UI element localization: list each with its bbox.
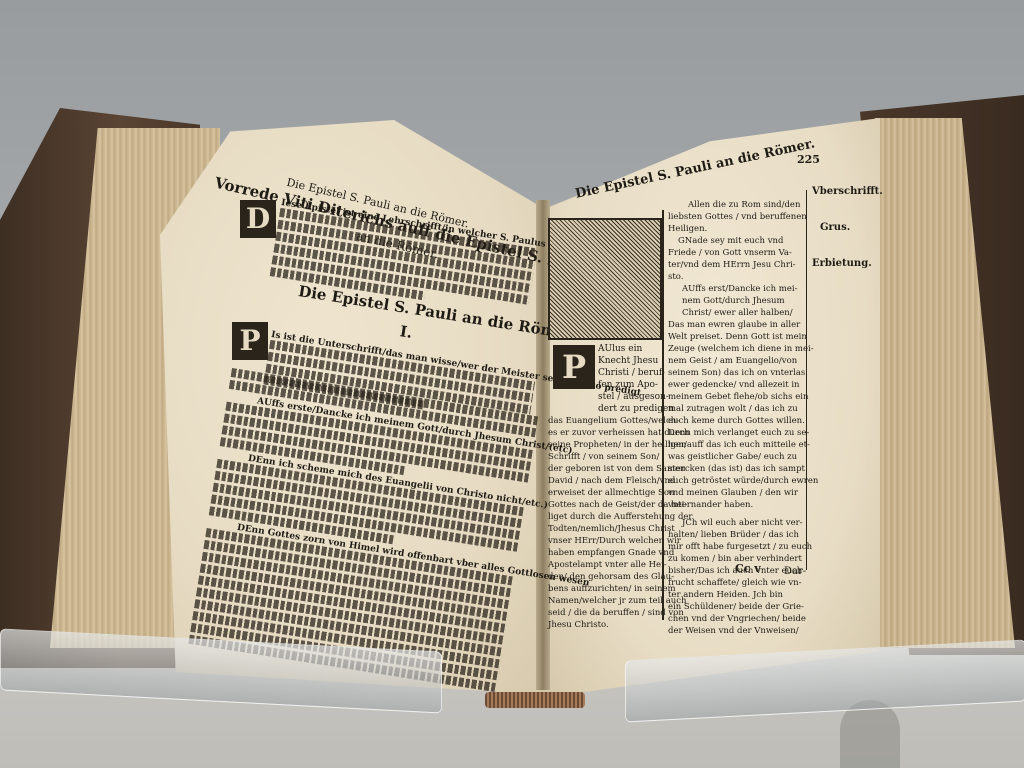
text-line: Apostelampt vnter alle Hei- (548, 560, 667, 570)
text-line: JCh wil euch aber nicht ver- (682, 518, 803, 528)
text-line: stercken (das ist) das ich sampt (668, 464, 805, 474)
woodcut-illustration (548, 218, 662, 340)
margin-note: Grus. (820, 222, 850, 233)
text-line: hen/auff das ich euch mitteile et- (668, 440, 810, 450)
text-line: Friede / von Gott vnserm Va- (668, 248, 792, 258)
text-line: ein Schüldener/ beide der Grie- (668, 602, 804, 612)
text-line: AUffs erst/Dancke ich mei- (682, 284, 797, 294)
text-line: Gottes nach de Geist/der da hei- (548, 500, 687, 510)
text-line: euch getröstet würde/durch ewren (668, 476, 818, 486)
text-line: mal zutragen wolt / das ich zu (668, 404, 798, 414)
text-line: nem Gott/durch Jhesum (682, 296, 785, 306)
book-spine-headband (485, 692, 585, 708)
text-line: seinem Son) das ich on vnterlas (668, 368, 805, 378)
margin-note: Erbietung. (812, 258, 872, 269)
column-rule (662, 210, 664, 620)
text-line: Allen die zu Rom sind/den (688, 200, 800, 210)
text-line: vnser HErr/Durch welchen wir (548, 536, 681, 546)
text-line: erweiset der allmechtige Son (548, 488, 674, 498)
text-line: Jhesu Christo. (548, 620, 609, 630)
text-line: liget durch die Aufferstehung der (548, 512, 693, 522)
text-line: chen vnd der Vngriechen/ beide (668, 614, 806, 624)
margin-note: Vberschrifft. (812, 186, 883, 197)
text-line: vnternander haben. (668, 500, 753, 510)
text-line: Christi / beruf- (598, 368, 665, 378)
text-line: nem Geist / am Euangelio/von (668, 356, 797, 366)
text-line: Denn mich verlanget euch zu se- (668, 428, 809, 438)
page-number: 225 (797, 153, 820, 166)
text-line: meinem Gebet flehe/ob sichs ein (668, 392, 808, 402)
text-line: der Weisen vnd der Vnweisen/ (668, 626, 799, 636)
text-line: Das man ewren glaube in aller (668, 320, 800, 330)
text-line: der geboren ist von dem Samen (548, 464, 686, 474)
signature-mark: Cc v (735, 562, 761, 575)
text-line: Namen/welcher jr zum teil auch (548, 596, 686, 606)
text-line: ter/vnd dem HErrn Jesu Chri- (668, 260, 796, 270)
text-line: fen zum Apo- (598, 380, 658, 390)
text-line: Christ/ ewer aller halben/ (682, 308, 793, 318)
chapter-dropcap: P (232, 322, 268, 360)
text-line: sto. (668, 272, 683, 282)
text-line: den/ den gehorsam des Glau- (548, 572, 674, 582)
text-line: das Euangelium Gottes/welch- (548, 416, 679, 426)
text-line: Zeuge (welchem ich diene in mei- (668, 344, 814, 354)
text-line: ter andern Heiden. Jch bin (668, 590, 783, 600)
text-line: euch keme durch Gottes willen. (668, 416, 805, 426)
column-rule (806, 190, 807, 570)
text-line: haben empfangen Gnade vnd (548, 548, 674, 558)
text-line: was geistlicher Gabe/ euch zu (668, 452, 797, 462)
text-line: liebsten Gottes / vnd beruffenen (668, 212, 807, 222)
text-line: halten/ lieben Brüder / das ich (668, 530, 799, 540)
text-line: Schrifft / von seinem Son/ (548, 452, 659, 462)
text-line: AUlus ein (598, 344, 642, 354)
text-line: Todten/nemlich/Jhesus Christ (548, 524, 675, 534)
text-line: ewer gedencke/ vnd allezeit in (668, 380, 800, 390)
preface-dropcap: D (240, 200, 276, 238)
text-line: Knecht Jhesu (598, 356, 658, 366)
text-line: vnd meinen Glauben / den wir (668, 488, 798, 498)
right-dropcap: P (553, 345, 595, 389)
text-line: frucht schaffete/ gleich wie vn- (668, 578, 802, 588)
text-line: mir offt habe furgesetzt / zu euch (668, 542, 812, 552)
text-line: Heiligen. (668, 224, 707, 234)
text-line: Welt preiset. Denn Gott ist mein (668, 332, 807, 342)
catchword: Dar- (784, 566, 806, 577)
text-line: bens auffzurichten/ in seinem (548, 584, 676, 594)
text-line: stel / ausgeson- (598, 392, 669, 402)
text-line: David / nach dem Fleisch/vnd (548, 476, 675, 486)
text-line: seine Propheten/ in der heiligen (548, 440, 686, 450)
text-line: GNade sey mit euch vnd (678, 236, 783, 246)
